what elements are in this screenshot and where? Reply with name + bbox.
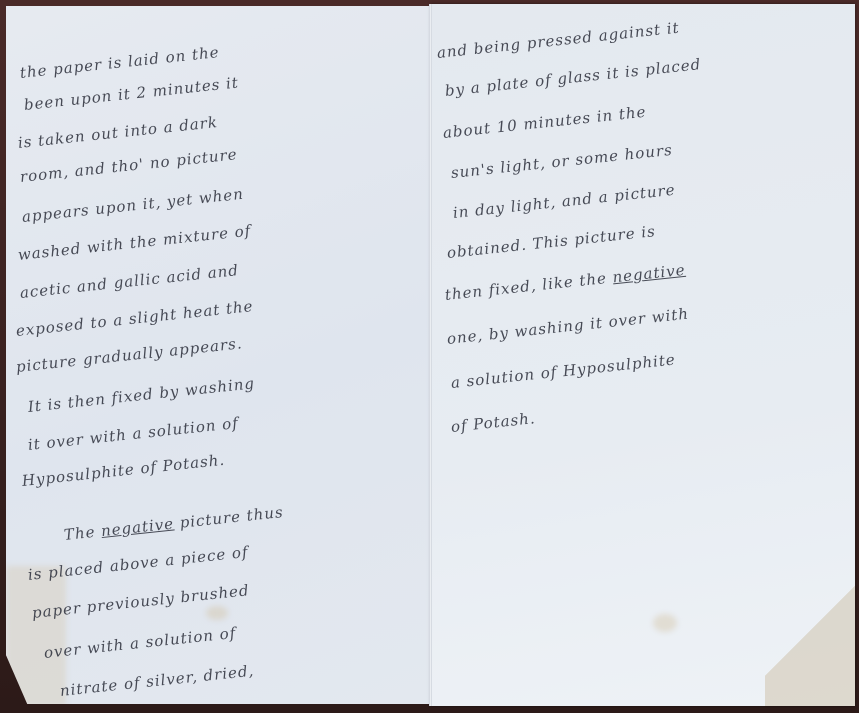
left-page: the paper is laid on the been upon it 2 … (6, 6, 431, 704)
text-line: and being pressed against it (436, 19, 680, 62)
text-line: in day light, and a picture (452, 181, 676, 222)
text-line: it over with a solution of (27, 414, 240, 454)
folded-corner (765, 556, 855, 706)
stain (206, 606, 228, 620)
text-line: by a plate of glass it is placed (444, 55, 702, 100)
text-line: exposed to a slight heat the (15, 297, 254, 340)
text-line: picture gradually appears. (15, 334, 243, 376)
text-line: room, and tho' no picture (19, 145, 238, 186)
text-line: It is then fixed by washing (27, 374, 256, 416)
text-line: over with a solution of (43, 624, 237, 662)
text-line: of Potash. (450, 409, 536, 436)
text-line: is taken out into a dark (17, 113, 219, 152)
stain (653, 614, 677, 632)
text-line: appears upon it, yet when (21, 185, 245, 226)
page-fold (429, 4, 432, 706)
text-line: one, by washing it over with (446, 305, 690, 348)
text-line: then fixed, like the negative (444, 261, 686, 304)
text-line: sun's light, or some hours (450, 141, 673, 182)
text-line: the paper is laid on the (19, 43, 220, 82)
text-line: Hyposulphite of Potash. (21, 451, 226, 490)
text-line: The negative picture thus (63, 503, 284, 544)
text-line: washed with the mixture of (17, 222, 252, 264)
text-line: a solution of Hyposulphite (450, 350, 676, 392)
text-line: is placed above a piece of (27, 543, 249, 584)
text-line: obtained. This picture is (446, 222, 657, 262)
text-line: nitrate of silver, dried, (59, 662, 255, 700)
text-line: about 10 minutes in the (442, 103, 647, 142)
text-line: been upon it 2 minutes it (23, 73, 240, 113)
right-page: and being pressed against it by a plate … (431, 4, 855, 706)
text-line: acetic and gallic acid and (19, 261, 240, 302)
